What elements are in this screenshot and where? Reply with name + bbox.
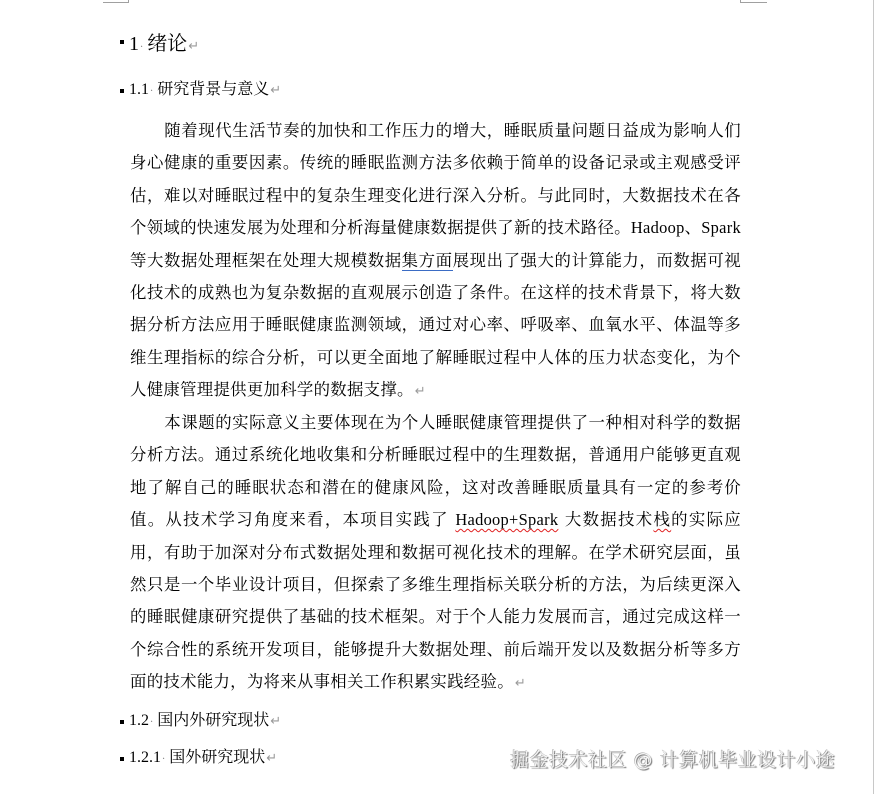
spelling-flag-underline[interactable]: Hadoop+Spark <box>455 510 558 529</box>
heading-title: 研究背景与意义 <box>157 76 269 99</box>
paragraph-text-latin: Hadoop、Spark <box>631 218 741 237</box>
paragraph-mark-icon: ↵ <box>270 714 281 729</box>
paragraph-mark-icon: ↵ <box>270 83 281 98</box>
outline-bullet-icon <box>120 757 124 761</box>
heading-dot: · <box>162 754 165 765</box>
heading-1-intro[interactable]: 1 · 绪论 ↵ <box>120 27 199 56</box>
heading-1-1-background[interactable]: 1.1 · 研究背景与意义 ↵ <box>120 76 281 99</box>
spelling-flag-underline[interactable]: 栈 <box>653 510 671 529</box>
heading-dot: · <box>150 717 153 728</box>
outline-bullet-icon <box>120 89 124 93</box>
heading-number: 1.1 <box>129 81 149 99</box>
grammar-flag-underline[interactable]: 集方面 <box>402 251 453 271</box>
heading-1-2-research-status[interactable]: 1.2 · 国内外研究现状 ↵ <box>120 707 281 730</box>
heading-1-2-1-foreign-status[interactable]: 1.2.1 · 国外研究现状 ↵ <box>120 744 277 767</box>
heading-dot: · <box>140 42 143 53</box>
crop-mark-top-left <box>103 0 129 3</box>
paragraph-mark-icon: ↵ <box>415 384 426 399</box>
heading-number: 1 <box>129 33 139 56</box>
paragraph-mark-icon: ↵ <box>266 751 277 766</box>
heading-title: 绪论 <box>147 27 187 56</box>
heading-number: 1.2.1 <box>129 749 161 767</box>
paragraph-text: 展现出了强大的计算能力，而数据可视化技术的成熟也为复杂数据的直观展示创造了条件。… <box>130 251 741 400</box>
paragraph-text: 等大数据处理框架在处理大规模数据 <box>130 251 402 270</box>
crop-mark-top-right <box>740 0 767 3</box>
heading-title: 国外研究现状 <box>169 744 265 767</box>
paragraph-mark-icon: ↵ <box>188 39 199 54</box>
paragraph-text: 大数据技术 <box>558 510 653 529</box>
outline-bullet-icon <box>120 720 124 724</box>
body-paragraph-2[interactable]: 本课题的实际意义主要体现在为个人睡眠健康管理提供了一种相对科学的数据分析方法。通… <box>130 407 741 701</box>
heading-dot: · <box>150 86 153 97</box>
outline-bullet-icon <box>120 40 124 44</box>
body-paragraph-1[interactable]: 随着现代生活节奏的加快和工作压力的增大，睡眠质量问题日益成为影响人们身心健康的重… <box>130 115 741 409</box>
paragraph-text: 的实际应用，有助于加深对分布式数据处理和数据可视化技术的理解。在学术研究层面，虽… <box>130 510 741 691</box>
paragraph-mark-icon: ↵ <box>515 676 526 691</box>
heading-title: 国内外研究现状 <box>157 707 269 730</box>
heading-number: 1.2 <box>129 712 149 730</box>
watermark: 掘金技术社区 @ 计算机毕业设计小途 <box>510 745 835 772</box>
